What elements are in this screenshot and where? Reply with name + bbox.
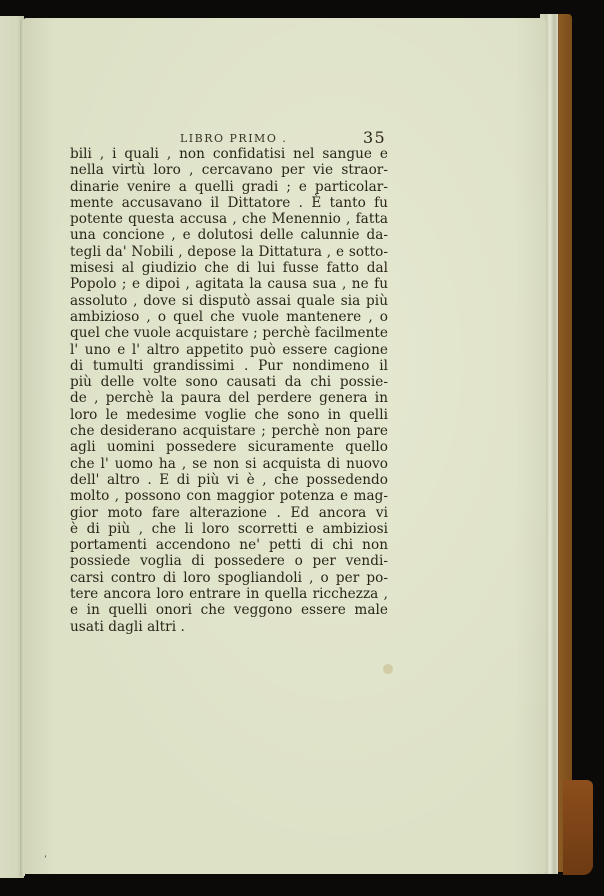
text-line: potente questa accusa , che Menennio , f… <box>70 211 388 227</box>
text-line: bili , i quali , non confidatisi nel san… <box>70 146 388 162</box>
text-line: de , perchè la paura del perdere genera … <box>70 390 388 406</box>
running-head: LIBRO PRIMO . 35 <box>70 128 388 146</box>
text-line: di tumulti grandissimi . Pur nondimeno i… <box>70 358 388 374</box>
text-line: agli uomini possedere sicuramente quello <box>70 439 388 455</box>
text-line: tere ancora loro entrare in quella ricch… <box>70 586 388 602</box>
text-line: usati dagli altri . <box>70 619 388 635</box>
text-line: nella virtù loro , cercavano per vie str… <box>70 162 388 178</box>
text-line: e in quelli onori che veggono essere mal… <box>70 602 388 618</box>
text-line: gior moto fare alterazione . Ed ancora v… <box>70 505 388 521</box>
text-line: molto , possono con maggior potenza e ma… <box>70 488 388 504</box>
text-line: una concione , e dolutosi delle calunnie… <box>70 227 388 243</box>
scanned-book-spread: ٬ LIBRO PRIMO . 35 bili , i quali , non … <box>0 0 604 896</box>
text-line: mente accusavano il Dittatore . È tanto … <box>70 195 388 211</box>
text-line: carsi contro di loro spogliandoli , o pe… <box>70 570 388 586</box>
text-line: portamenti accendono ne' petti di chi no… <box>70 537 388 553</box>
text-line: dinarie venire a quelli gradi ; e partic… <box>70 179 388 195</box>
text-line: ambizioso , o quel che vuole mantenere ,… <box>70 309 388 325</box>
page-text-block: LIBRO PRIMO . 35 bili , i quali , non co… <box>70 128 388 635</box>
text-line: è di più , che li loro scorretti e ambiz… <box>70 521 388 537</box>
text-line: misesi al giudizio che di lui fusse fatt… <box>70 260 388 276</box>
text-line: possiede voglia di possedere o per vendi… <box>70 553 388 569</box>
book-cover-corner <box>563 780 593 875</box>
text-line: tegli da' Nobili , depose la Dittatura ,… <box>70 244 388 260</box>
text-line: più delle volte sono causati da chi poss… <box>70 374 388 390</box>
text-line: che desiderano acquistare ; perchè non p… <box>70 423 388 439</box>
body-text: bili , i quali , non confidatisi nel san… <box>70 146 388 635</box>
text-line: che l' uomo ha , se non si acquista di n… <box>70 456 388 472</box>
text-line: Popolo ; e dipoi , agitata la causa sua … <box>70 276 388 292</box>
foxing-spot <box>383 664 393 674</box>
speck-mark: ٬ <box>44 855 47 865</box>
text-line: l' uno e l' altro appetito può essere ca… <box>70 342 388 358</box>
text-line: quel che vuole acquistare ; perchè facil… <box>70 325 388 341</box>
page-number: 35 <box>363 128 386 147</box>
running-head-title: LIBRO PRIMO . <box>180 132 287 145</box>
text-line: dell' altro . E di più vi è , che possed… <box>70 472 388 488</box>
text-line: loro le medesime voglie che sono in quel… <box>70 407 388 423</box>
text-line: assoluto , dove si disputò assai quale s… <box>70 293 388 309</box>
